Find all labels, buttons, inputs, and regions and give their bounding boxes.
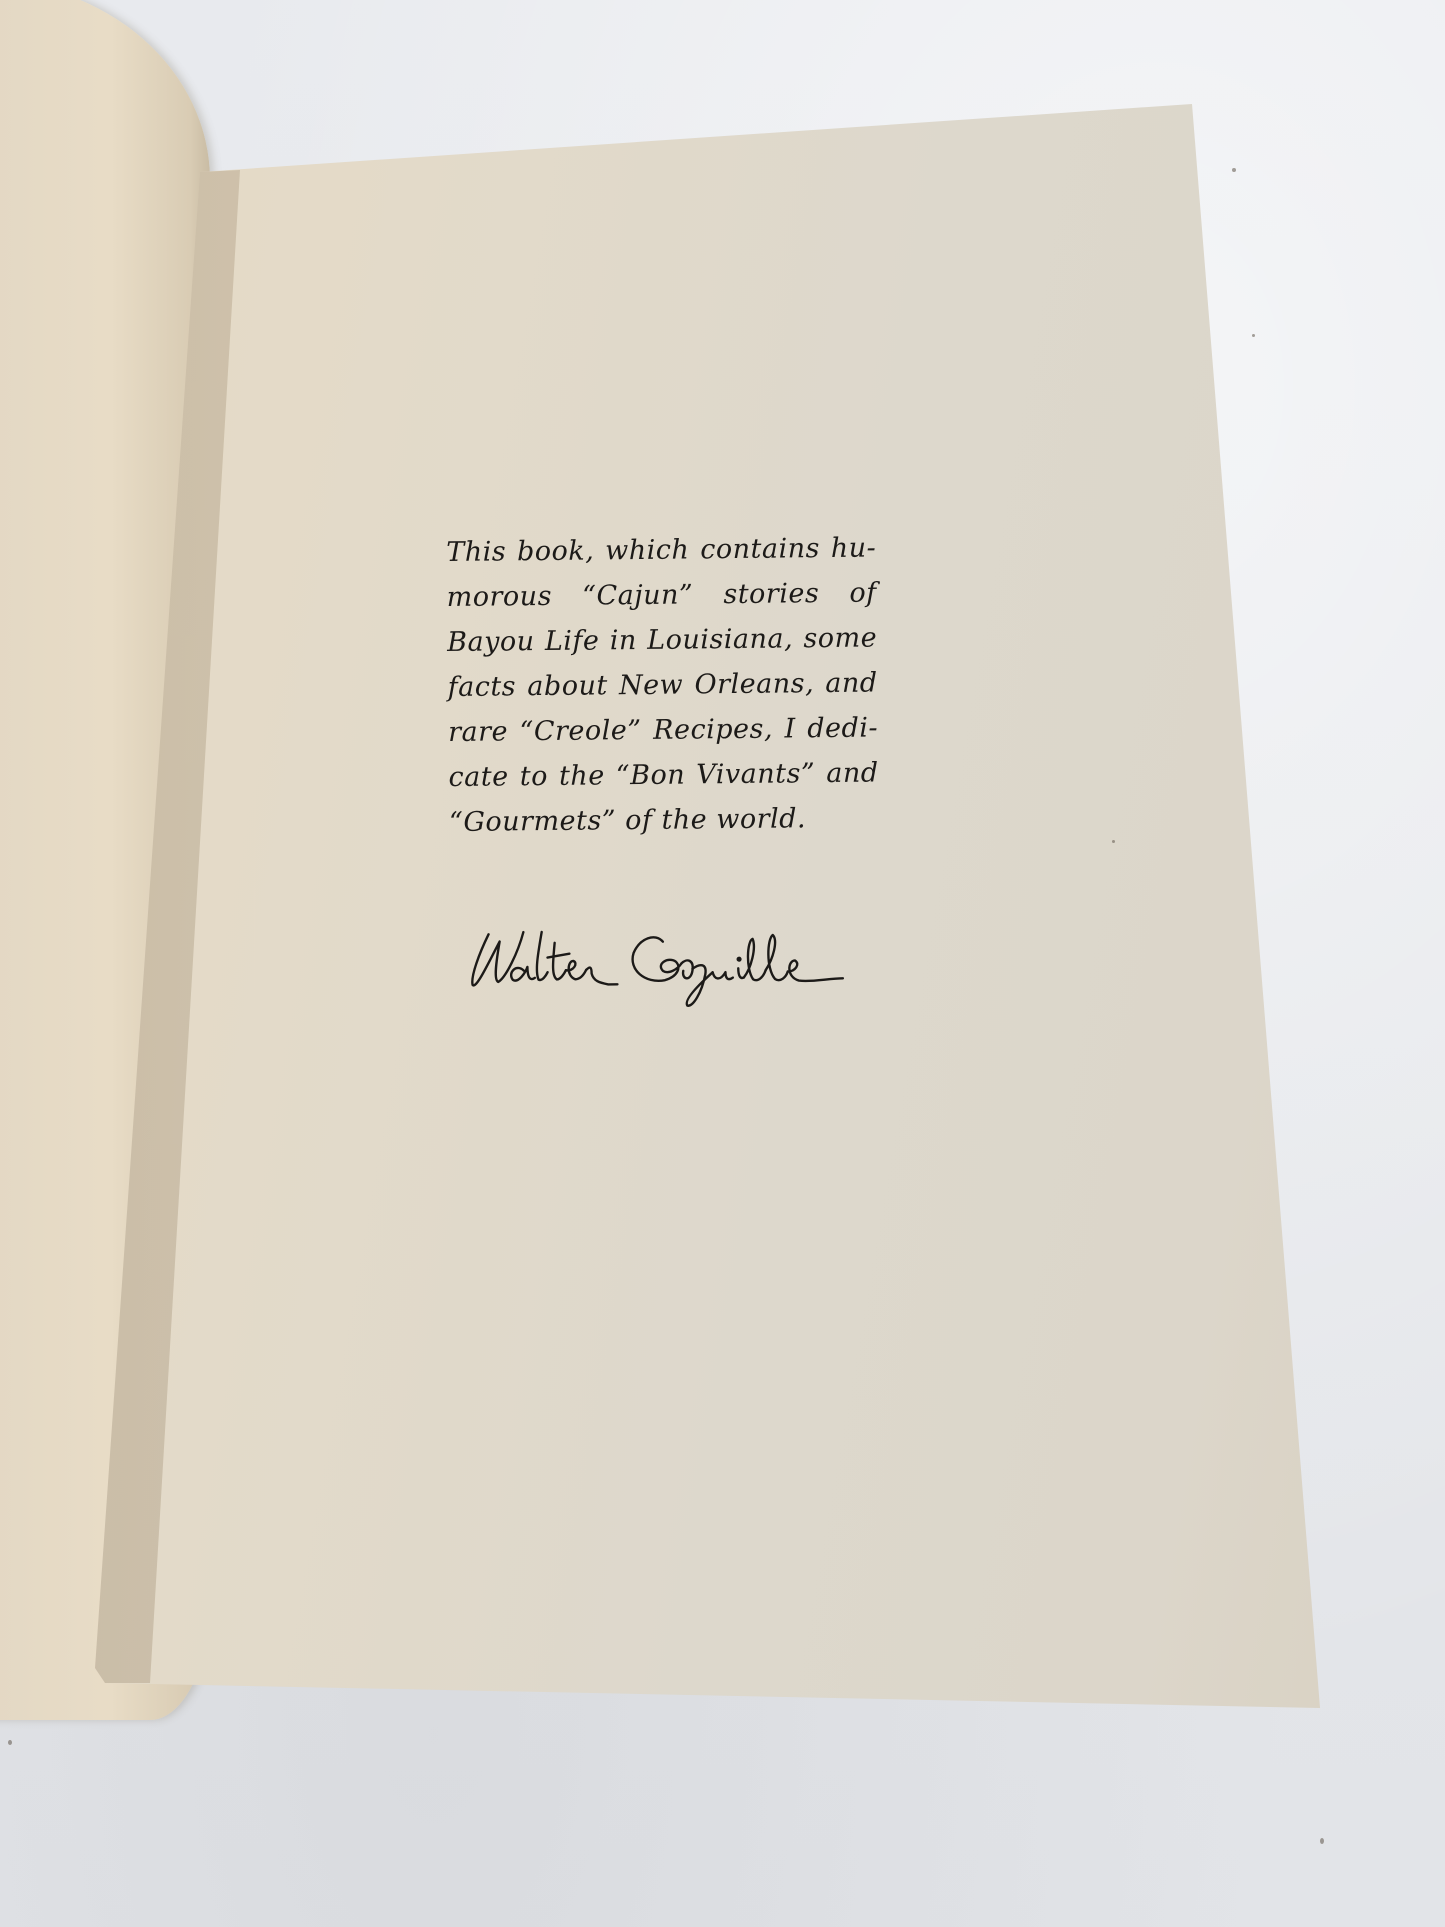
dedication-line: cate to the “Bon Vivants” and	[448, 750, 878, 800]
author-signature: Walter Coquille	[447, 903, 878, 1017]
photo-scene: This book, which contains hu- morous “Ca…	[0, 0, 1445, 1927]
dedication-line: This book, which contains hu-	[446, 525, 876, 575]
dedication-line: “Gourmets” of the world.	[449, 795, 879, 845]
paper-speck	[1320, 1838, 1324, 1844]
dedication-line: rare “Creole” Recipes, I dedi-	[448, 705, 878, 755]
paper-speck	[1232, 168, 1236, 172]
dedication-line: morous “Cajun” stories of	[446, 570, 876, 620]
dedication-line: Bayou Life in Louisiana, some	[447, 615, 877, 665]
dedication-line: facts about New Orleans, and	[447, 660, 877, 710]
paper-speck	[8, 1740, 12, 1745]
paper-speck	[1252, 334, 1255, 337]
paper-speck	[1112, 840, 1115, 843]
signature-icon	[447, 903, 878, 1017]
dedication-text: This book, which contains hu- morous “Ca…	[446, 525, 879, 844]
